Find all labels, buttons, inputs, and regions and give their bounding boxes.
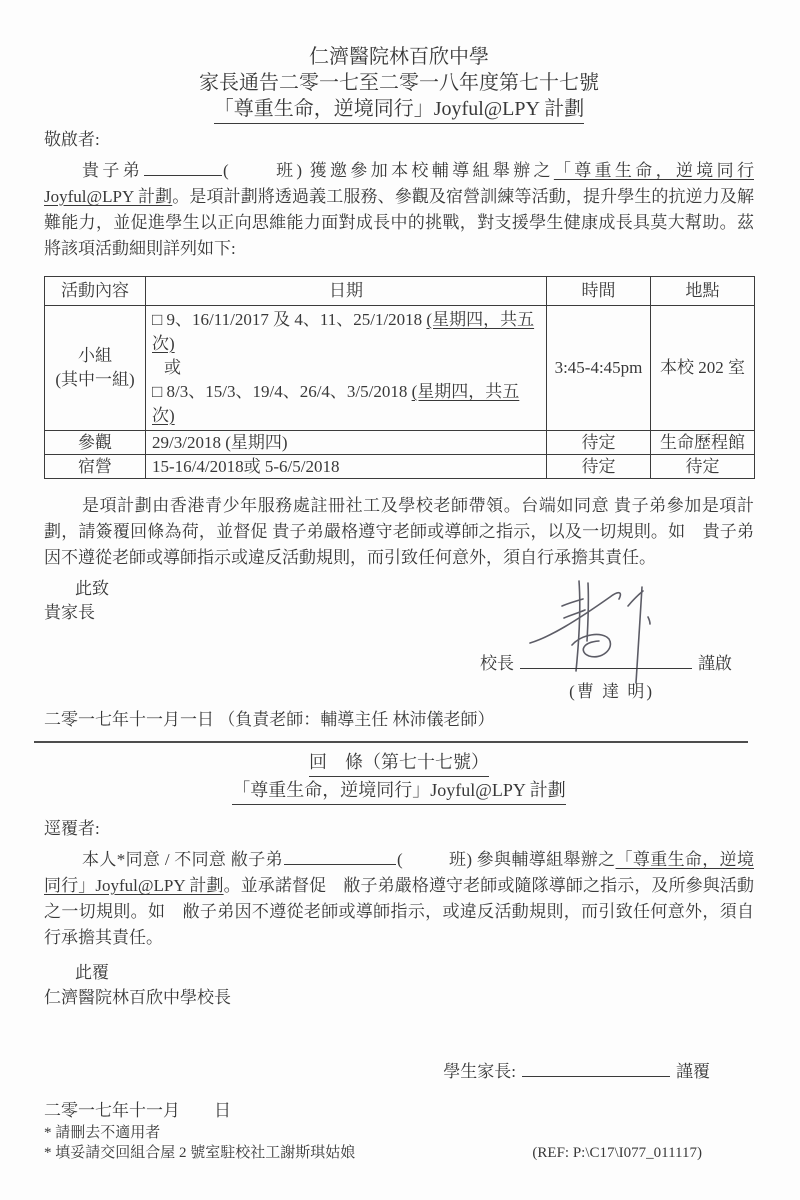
scanned-notice-page: 仁濟醫院林百欣中學 家長通告二零一七至二零一八年度第七十七號 「尊重生命，逆境同… xyxy=(0,0,800,1200)
col-header-date: 日期 xyxy=(146,277,547,306)
reply-date-line: 二零一七年十一月 日 xyxy=(44,1099,754,1123)
table-row-camp: 宿營 15-16/4/2018或 5-6/5/2018 待定 待定 xyxy=(45,455,755,479)
cell-time: 待定 xyxy=(547,455,651,479)
table-row-group: 小組 (其中一組) □ 9、16/11/2017 及 4、11、25/1/201… xyxy=(45,306,755,431)
program-title: 「尊重生命，逆境同行」Joyful@LPY 計劃 xyxy=(44,96,754,124)
body-paragraph: 是項計劃由香港青少年服務處註冊社工及學校老師帶領。台端如同意 貴子弟參加是項計劃… xyxy=(44,493,754,571)
reply-addressee: 仁濟醫院林百欣中學校長 xyxy=(44,985,754,1011)
checkbox-icon: □ xyxy=(152,310,162,329)
parent-signature-label: 學生家長: xyxy=(443,1059,516,1085)
reply-slip-subtitle: 「尊重生命，逆境同行」Joyful@LPY 計劃 xyxy=(44,777,754,805)
reply-closing: 此覆 xyxy=(75,961,754,985)
program-title-text: 「尊重生命，逆境同行」Joyful@LPY 計劃 xyxy=(214,96,584,124)
salutation: 敬啟者: xyxy=(44,128,754,152)
table-header-row: 活動內容 日期 時間 地點 xyxy=(45,277,755,306)
date-option-line: □ 9、16/11/2017 及 4、11、25/1/2018 (星期四，共五次… xyxy=(152,308,540,356)
reply-slip-subtitle-text: 「尊重生命，逆境同行」Joyful@LPY 計劃 xyxy=(232,777,565,805)
ref-number: (REF: P:\C17\I077_011117) xyxy=(532,1143,702,1163)
school-name: 仁濟醫院林百欣中學 xyxy=(44,44,754,70)
col-header-activity: 活動內容 xyxy=(45,277,146,306)
parent-signature-line xyxy=(522,1061,670,1077)
cell-venue: 本校 202 室 xyxy=(651,306,755,431)
footnote-return: * 填妥請交回組合屋 2 號室駐校社工謝斯琪姑娘 xyxy=(44,1143,355,1163)
signature-block: 校長謹啟 (曹 達 明) xyxy=(44,625,754,703)
principal-signature-line xyxy=(520,662,692,669)
date-option-line: 29/3/2018 (星期四) xyxy=(152,432,540,453)
student-name-blank xyxy=(284,849,396,865)
notice-number: 家長通告二零一七至二零一八年度第七十七號 xyxy=(44,70,754,96)
cell-time: 3:45-4:45pm xyxy=(547,306,651,431)
cell-activity: 小組 (其中一組) xyxy=(45,306,146,431)
issue-date-line: 二零一七年十一月一日 （負責老師：輔導主任 林沛儀老師） xyxy=(44,707,754,733)
cell-date: 15-16/4/2018或 5-6/5/2018 xyxy=(146,455,547,479)
reply-slip-title-text: 回 條（第七十七號） xyxy=(309,749,489,777)
principal-label: 校長 xyxy=(480,654,514,673)
parent-signature-row: 學生家長: 謹覆 xyxy=(44,1059,710,1085)
cell-venue: 生命歷程館 xyxy=(651,431,755,455)
checkbox-icon: □ xyxy=(152,382,162,401)
reply-salutation: 逕覆者: xyxy=(44,817,754,841)
separator-line xyxy=(34,741,748,743)
reply-slip-title: 回 條（第七十七號） xyxy=(44,749,754,777)
cell-date: 29/3/2018 (星期四) xyxy=(146,431,547,455)
cell-activity: 宿營 xyxy=(45,455,146,479)
cell-venue: 待定 xyxy=(651,455,755,479)
table-row-visit: 參觀 29/3/2018 (星期四) 待定 生命歷程館 xyxy=(45,431,755,455)
cell-time: 待定 xyxy=(547,431,651,455)
student-name-blank xyxy=(144,160,222,176)
date-option-line: 15-16/4/2018或 5-6/5/2018 xyxy=(152,456,540,477)
cell-date: □ 9、16/11/2017 及 4、11、25/1/2018 (星期四，共五次… xyxy=(146,306,547,431)
date-option-line: □ 8/3、15/3、19/4、26/4、3/5/2018 (星期四，共五次) xyxy=(152,380,540,428)
date-option-line: 或 xyxy=(152,356,540,380)
col-header-time: 時間 xyxy=(547,277,651,306)
parent-signoff: 謹覆 xyxy=(676,1059,710,1085)
footnote-delete: * 請刪去不適用者 xyxy=(44,1123,754,1143)
reply-paragraph: 本人*同意 / 不同意 敝子弟(班) 參與輔導組舉辦之「尊重生命，逆境同行」Jo… xyxy=(44,847,754,951)
principal-signature-row: 校長謹啟 xyxy=(480,651,732,677)
cell-activity: 參觀 xyxy=(45,431,146,455)
footnote-return-row: * 填妥請交回組合屋 2 號室駐校社工謝斯琪姑娘 (REF: P:\C17\I0… xyxy=(44,1143,754,1163)
principal-name: (曹 達 明) xyxy=(569,681,654,703)
activity-table: 活動內容 日期 時間 地點 小組 (其中一組) □ 9、16/11/2017 及… xyxy=(44,276,755,479)
intro-paragraph: 貴子弟(班) 獲邀參加本校輔導組舉辦之「尊重生命，逆境同行 Joyful@LPY… xyxy=(44,158,754,262)
principal-signoff: 謹啟 xyxy=(698,654,732,673)
col-header-venue: 地點 xyxy=(651,277,755,306)
